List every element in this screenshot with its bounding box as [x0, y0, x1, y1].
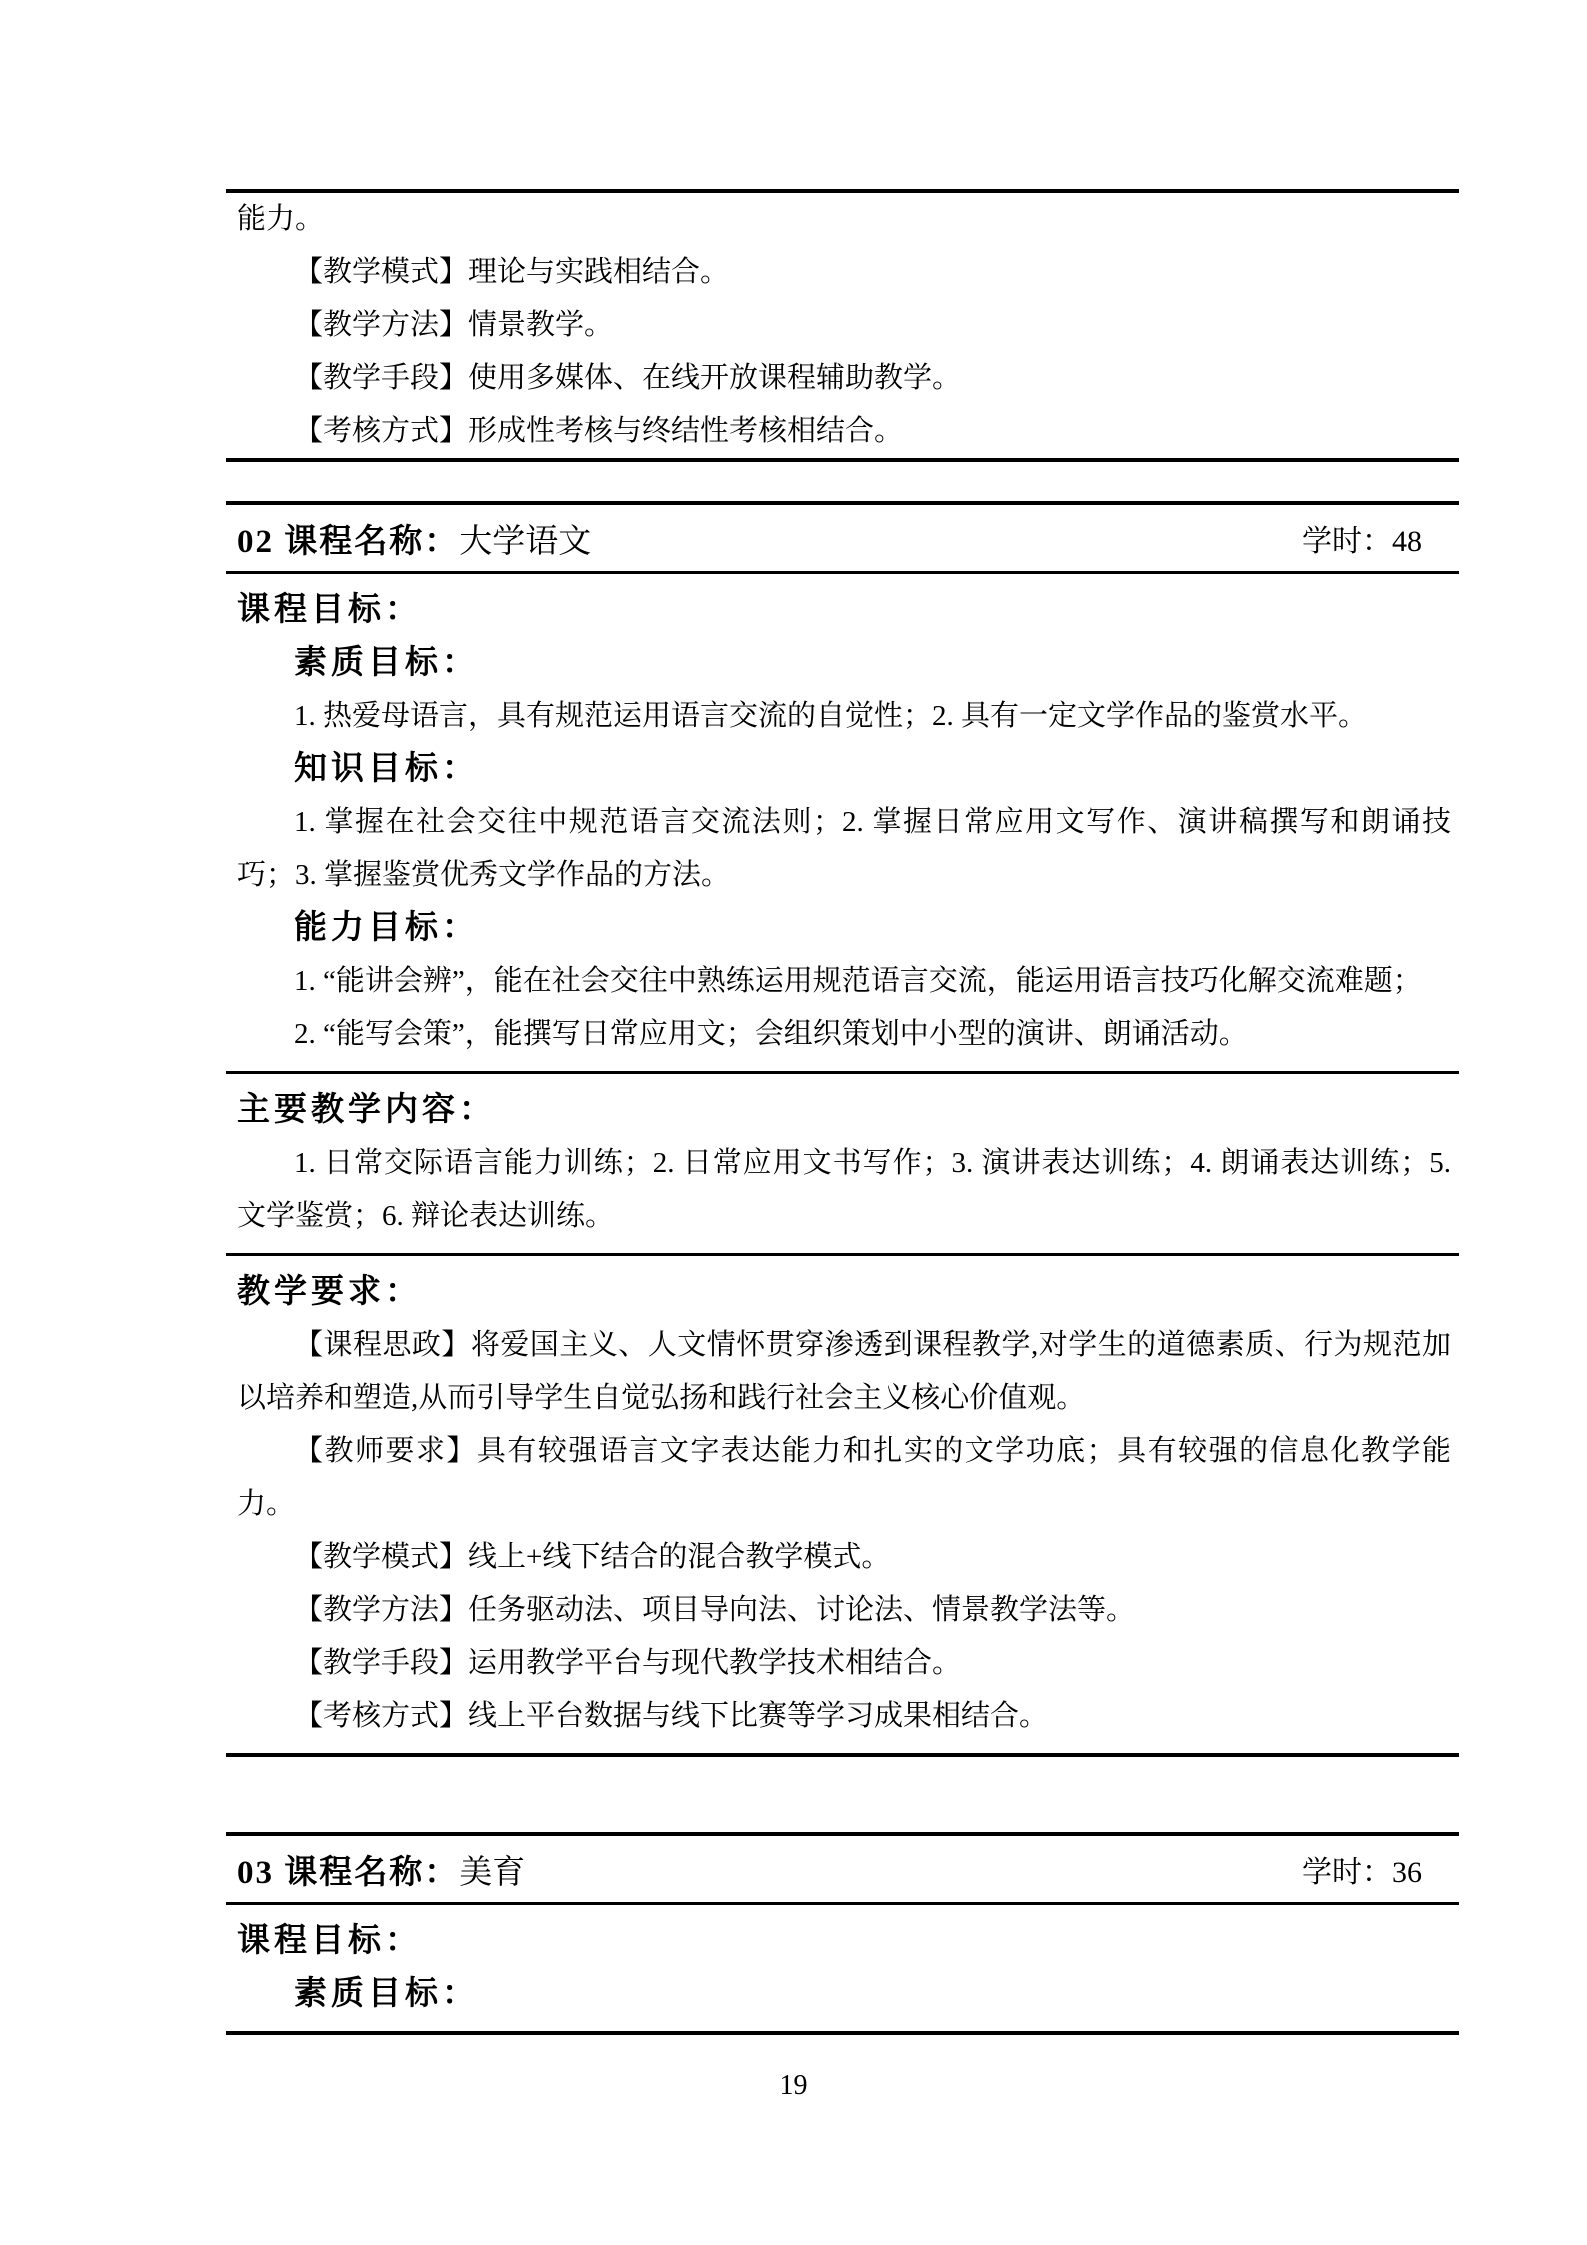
hours-value: 48: [1392, 525, 1422, 558]
content-text: 1. 日常交际语言能力训练；2. 日常应用文书写作；3. 演讲表达训练；4. 朗…: [226, 1137, 1459, 1243]
ability-goal-heading: 能力目标：: [226, 902, 1459, 955]
hours-label: 学时：: [1302, 525, 1392, 558]
hours-value: 36: [1392, 1856, 1422, 1889]
knowledge-goal-heading: 知识目标：: [226, 743, 1459, 796]
course-requirements-section: 教学要求： 【课程思政】将爱国主义、人文情怀贯穿渗透到课程教学,对学生的道德素质…: [226, 1256, 1459, 1753]
course-hours: 学时：48: [1302, 516, 1422, 560]
course-header-row: 02 课程名称：大学语文 学时：48: [226, 505, 1459, 571]
block-gap: [226, 1757, 1459, 1832]
quality-goal-text: 1. 热爱母语言，具有规范运用语言交流的自觉性；2. 具有一定文学作品的鉴赏水平…: [226, 690, 1459, 743]
continuation-body: 能力。 【教学模式】理论与实践相结合。 【教学方法】情景教学。 【教学手段】使用…: [226, 193, 1459, 458]
paragraph-teaching-means: 【教学手段】使用多媒体、在线开放课程辅助教学。: [226, 352, 1459, 405]
requirement-means: 【教学手段】运用教学平台与现代教学技术相结合。: [226, 1637, 1459, 1690]
quality-goal-heading: 素质目标：: [226, 637, 1459, 690]
quality-goal-heading: 素质目标：: [226, 1968, 1459, 2021]
block-gap: [226, 462, 1459, 501]
ability-goal-item-1: 1. “能讲会辨”，能在社会交往中熟练运用规范语言交流，能运用语言技巧化解交流难…: [226, 955, 1459, 1008]
course-number-label: 02 课程名称：: [237, 524, 459, 560]
content-heading: 主要教学内容：: [226, 1084, 1459, 1137]
table-border-double-bottom: [226, 2031, 1459, 2035]
course-block-03: 03 课程名称：美育 学时：36 课程目标： 素质目标：: [226, 1832, 1459, 2035]
knowledge-goal-text: 1. 掌握在社会交往中规范语言交流法则；2. 掌握日常应用文写作、演讲稿撰写和朗…: [226, 796, 1459, 902]
course-goals-section: 课程目标： 素质目标： 1. 热爱母语言，具有规范运用语言交流的自觉性；2. 具…: [226, 574, 1459, 1071]
course-hours: 学时：36: [1302, 1847, 1422, 1891]
requirement-assessment: 【考核方式】线上平台数据与线下比赛等学习成果相结合。: [226, 1690, 1459, 1743]
requirement-ideology: 【课程思政】将爱国主义、人文情怀贯穿渗透到课程教学,对学生的道德素质、行为规范加…: [226, 1319, 1459, 1425]
course-name: 大学语文: [459, 524, 591, 560]
requirement-method: 【教学方法】任务驱动法、项目导向法、讨论法、情景教学法等。: [226, 1584, 1459, 1637]
requirement-mode: 【教学模式】线上+线下结合的混合教学模式。: [226, 1531, 1459, 1584]
content-column: 能力。 【教学模式】理论与实践相结合。 【教学方法】情景教学。 【教学手段】使用…: [226, 189, 1459, 2035]
paragraph-teaching-method: 【教学方法】情景教学。: [226, 299, 1459, 352]
continuation-block: 能力。 【教学模式】理论与实践相结合。 【教学方法】情景教学。 【教学手段】使用…: [226, 189, 1459, 462]
hours-label: 学时：: [1302, 1856, 1392, 1889]
paragraph-teaching-mode: 【教学模式】理论与实践相结合。: [226, 246, 1459, 299]
requirements-heading: 教学要求：: [226, 1266, 1459, 1319]
course-content-section: 主要教学内容： 1. 日常交际语言能力训练；2. 日常应用文书写作；3. 演讲表…: [226, 1074, 1459, 1253]
paragraph-assessment: 【考核方式】形成性考核与终结性考核相结合。: [226, 405, 1459, 458]
paragraph-tail: 能力。: [226, 193, 1459, 246]
course-title: 03 课程名称：美育: [237, 1846, 525, 1893]
course-name: 美育: [459, 1855, 525, 1891]
requirement-teacher: 【教师要求】具有较强语言文字表达能力和扎实的文学功底；具有较强的信息化教学能力。: [226, 1425, 1459, 1531]
course-block-02: 02 课程名称：大学语文 学时：48 课程目标： 素质目标： 1. 热爱母语言，…: [226, 501, 1459, 1757]
course-header-row: 03 课程名称：美育 学时：36: [226, 1836, 1459, 1902]
goals-heading: 课程目标：: [226, 1915, 1459, 1968]
course-title: 02 课程名称：大学语文: [237, 515, 591, 562]
document-page: 能力。 【教学模式】理论与实践相结合。 【教学方法】情景教学。 【教学手段】使用…: [0, 0, 1587, 2245]
course-goals-section: 课程目标： 素质目标：: [226, 1905, 1459, 2031]
page-number: 19: [0, 2070, 1587, 2102]
goals-heading: 课程目标：: [226, 584, 1459, 637]
ability-goal-item-2: 2. “能写会策”，能撰写日常应用文；会组织策划中小型的演讲、朗诵活动。: [226, 1008, 1459, 1061]
course-number-label: 03 课程名称：: [237, 1855, 459, 1891]
